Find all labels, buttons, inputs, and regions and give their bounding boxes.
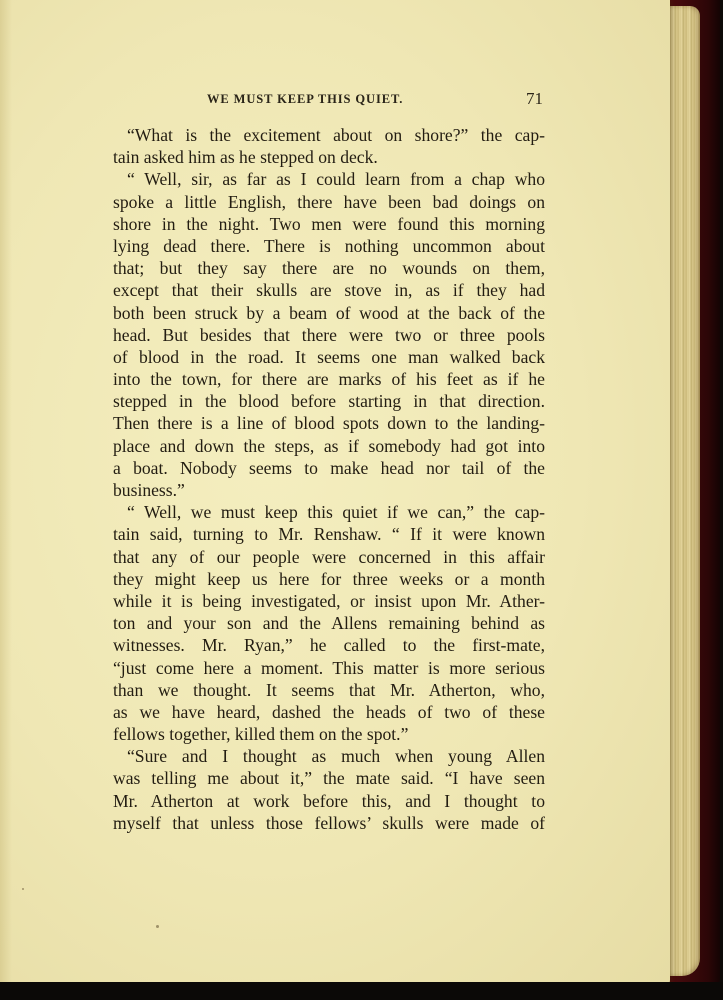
text-line: stepped in the blood before starting in … [113, 390, 545, 412]
text-line: “ Well, we must keep this quiet if we ca… [113, 501, 545, 523]
page-bottom-shadow [0, 982, 723, 1000]
text-line: except that their skulls are stove in, a… [113, 279, 545, 301]
text-line: fellows together, killed them on the spo… [113, 723, 545, 745]
text-line: lying dead there. There is nothing uncom… [113, 235, 545, 257]
text-line: was telling me about it,” the mate said.… [113, 767, 545, 789]
text-line: into the town, for there are marks of hi… [113, 368, 545, 390]
running-title: WE MUST KEEP THIS QUIET. [207, 92, 403, 107]
paper-speck [156, 925, 159, 928]
text-line: head. But besides that there were two or… [113, 324, 545, 346]
text-line: witnesses. Mr. Ryan,” he called to the f… [113, 634, 545, 656]
text-line: business.” [113, 479, 545, 501]
text-line: “Sure and I thought as much when young A… [113, 745, 545, 767]
text-line: ton and your son and the Allens remainin… [113, 612, 545, 634]
text-line: that; but they say there are no wounds o… [113, 257, 545, 279]
text-line: Then there is a line of blood spots down… [113, 412, 545, 434]
text-line: tain said, turning to Mr. Renshaw. “ If … [113, 523, 545, 545]
text-line: they might keep us here for three weeks … [113, 568, 545, 590]
text-line: both been struck by a beam of wood at th… [113, 302, 545, 324]
text-line: tain asked him as he stepped on deck. [113, 146, 545, 168]
text-line: spoke a little English, there have been … [113, 191, 545, 213]
text-line: than we thought. It seems that Mr. Ather… [113, 679, 545, 701]
text-line: as we have heard, dashed the heads of tw… [113, 701, 545, 723]
text-line: a boat. Nobody seems to make head nor ta… [113, 457, 545, 479]
book-page: WE MUST KEEP THIS QUIET. 71 “What is the… [0, 0, 670, 988]
text-line: shore in the night. Two men were found t… [113, 213, 545, 235]
text-line: of blood in the road. It seems one man w… [113, 346, 545, 368]
text-line: while it is being investigated, or insis… [113, 590, 545, 612]
text-line: myself that unless those fellows’ skulls… [113, 812, 545, 834]
text-line: that any of our people were concerned in… [113, 546, 545, 568]
book-scan: WE MUST KEEP THIS QUIET. 71 “What is the… [0, 0, 723, 1000]
body-text: “What is the excitement about on shore?”… [113, 124, 545, 834]
text-line: “ Well, sir, as far as I could learn fro… [113, 168, 545, 190]
text-line: “just come here a moment. This matter is… [113, 657, 545, 679]
text-line: Mr. Atherton at work before this, and I … [113, 790, 545, 812]
text-line: place and down the steps, as if somebody… [113, 435, 545, 457]
text-line: “What is the excitement about on shore?”… [113, 124, 545, 146]
page-number: 71 [526, 89, 543, 109]
paper-speck [22, 888, 24, 890]
running-head: WE MUST KEEP THIS QUIET. 71 [113, 90, 543, 110]
